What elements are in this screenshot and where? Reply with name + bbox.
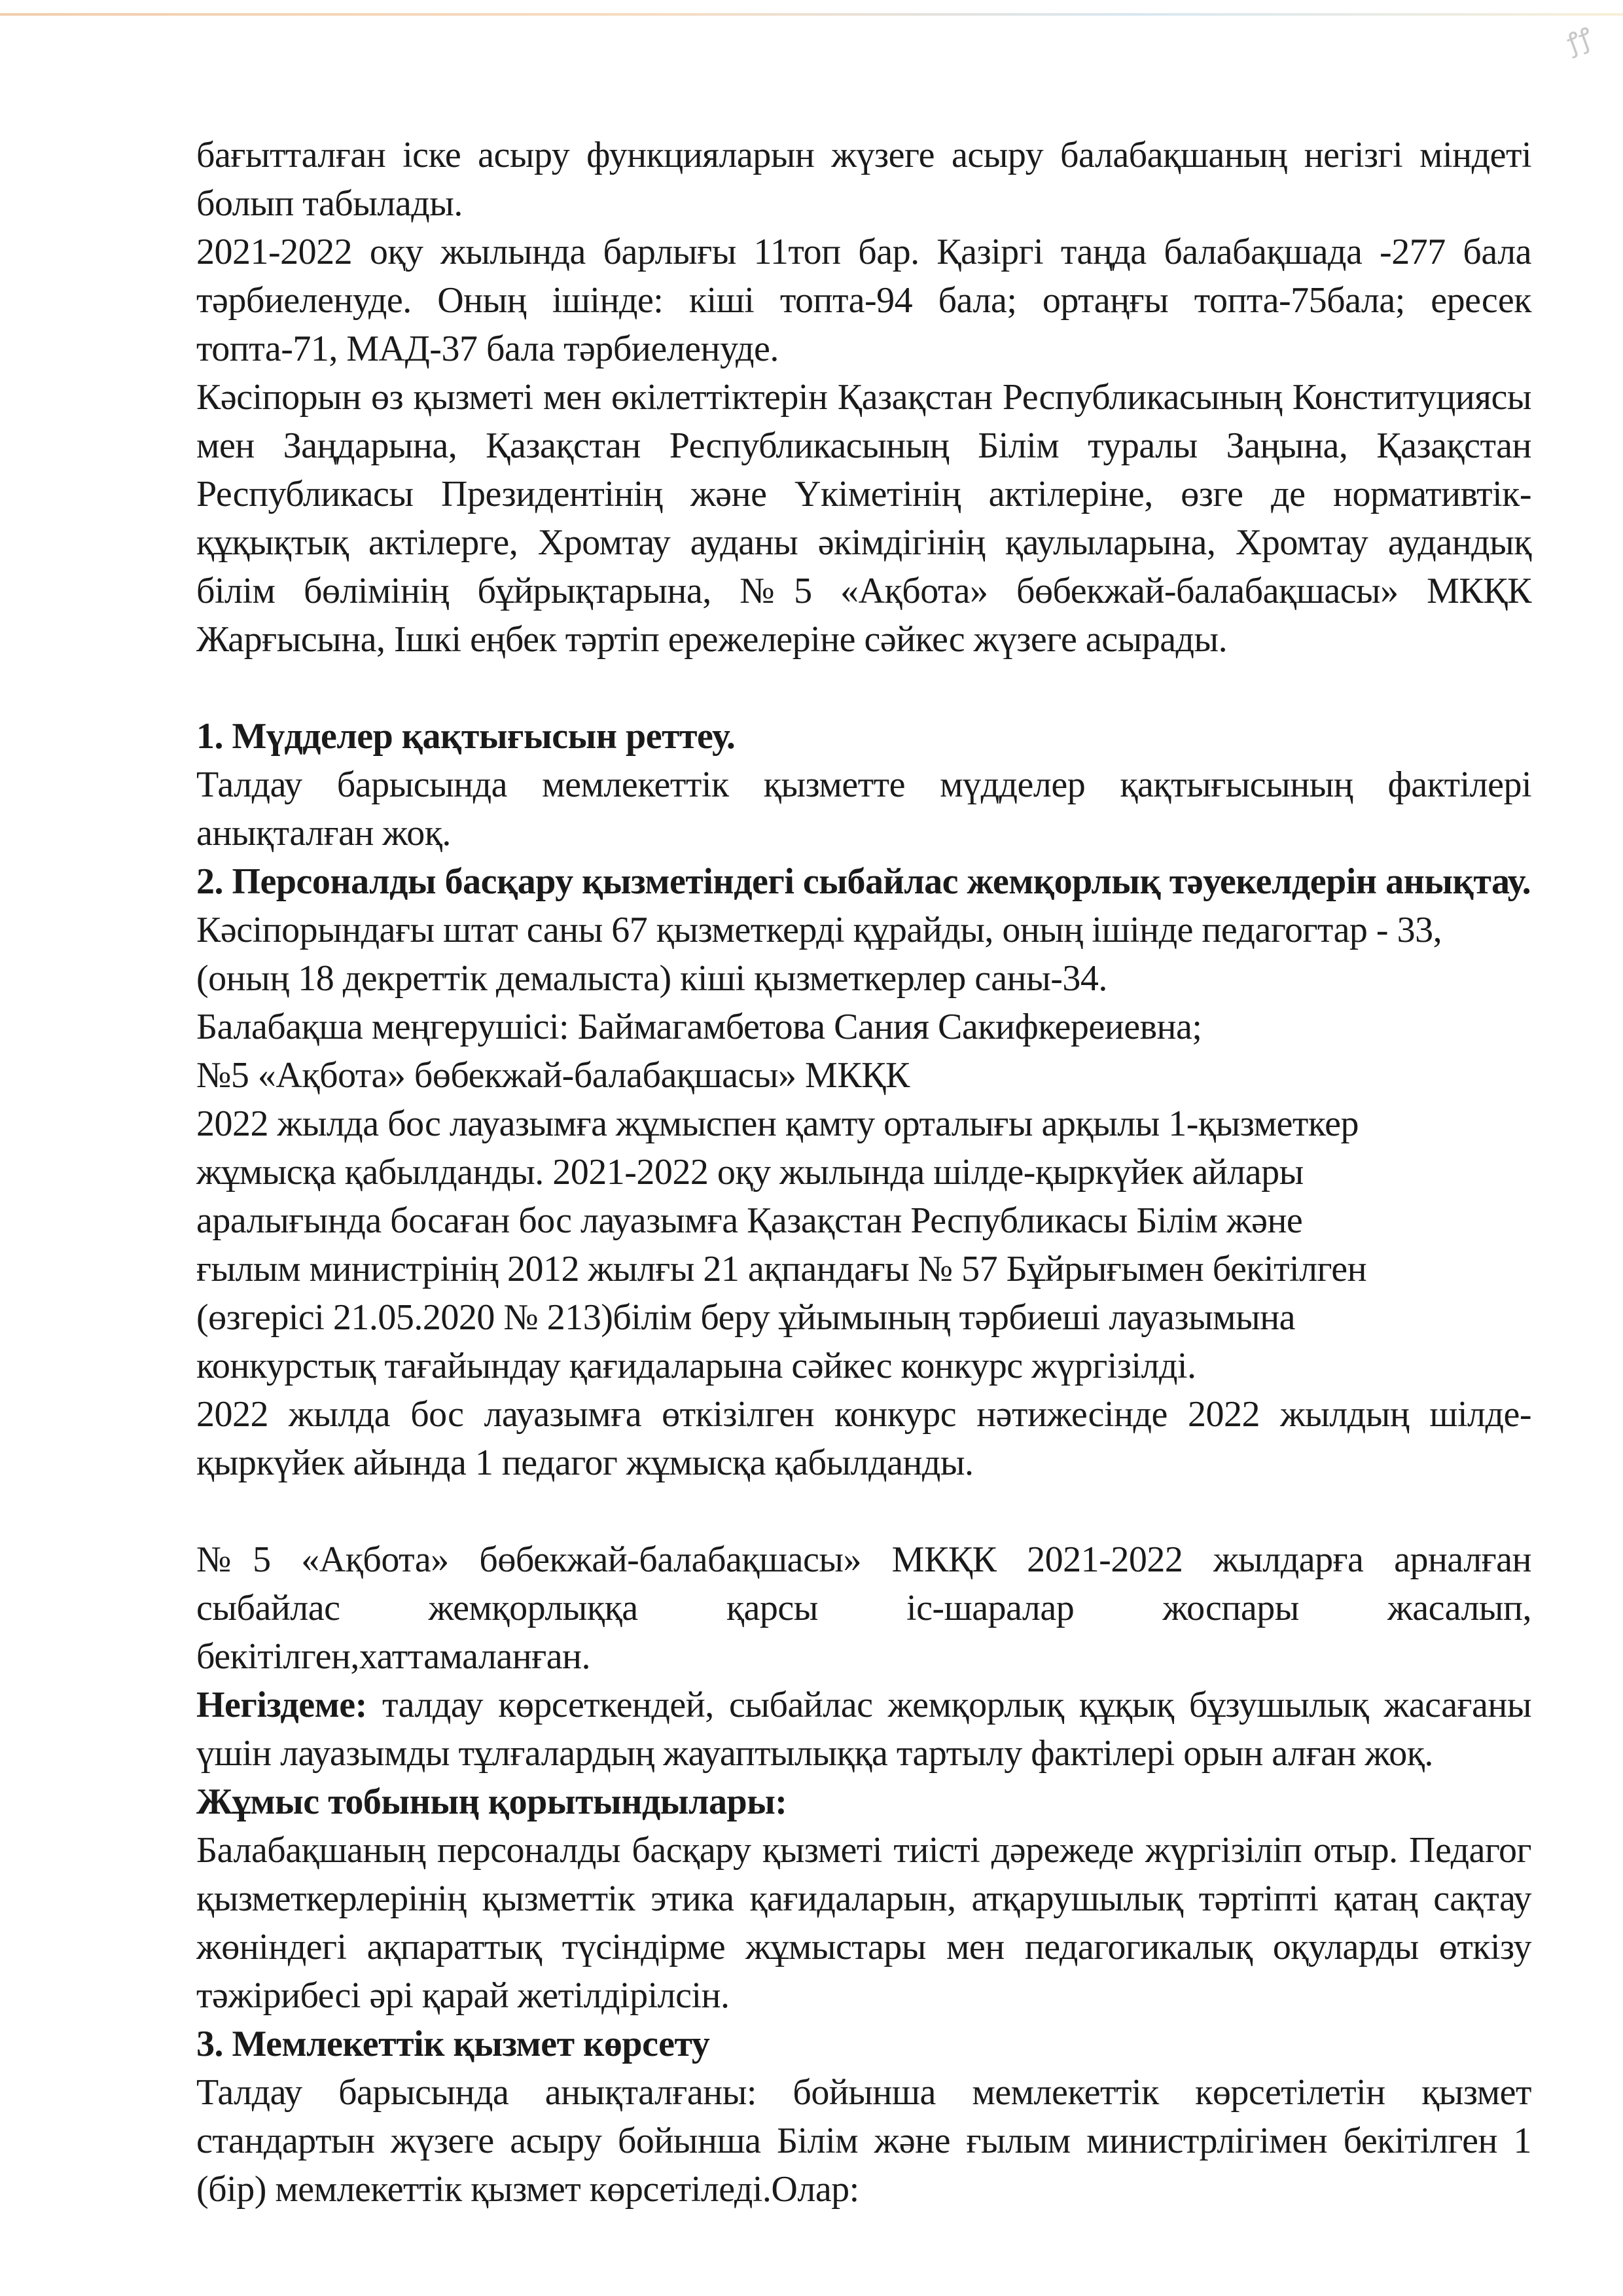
scan-edge-artifact: [0, 13, 1623, 16]
hiring-line: ғылым министрінің 2012 жылғы 21 ақпандағ…: [196, 1245, 1531, 1293]
intro-paragraph-3: Кәсіпорын өз қызметі мен өкілеттіктерін …: [196, 373, 1531, 664]
hiring-line: конкурстық тағайындау қағидаларына сәйке…: [196, 1342, 1531, 1390]
spacer: [196, 1487, 1531, 1535]
section-2-hiring-block: 2022 жылда бос лауазымға жұмыспен қамту …: [196, 1100, 1531, 1390]
intro-paragraph-2: 2021-2022 оқу жылында барлығы 11топ бар.…: [196, 228, 1531, 373]
section-2-head-line: Балабақша меңгерушісі: Баймагамбетова Са…: [196, 1003, 1531, 1051]
hiring-line: 2022 жылда бос лауазымға жұмыспен қамту …: [196, 1100, 1531, 1148]
basis-text: талдау көрсеткендей, сыбайлас жемқорлық …: [196, 1685, 1531, 1774]
conclusions-text: Балабақшаның персоналды басқару қызметі …: [196, 1826, 1531, 2020]
spacer: [196, 664, 1531, 712]
section-3-heading: 3. Мемлекеттік қызмет көрсету: [196, 2020, 1531, 2068]
section-2-basis: Негіздеме: талдау көрсеткендей, сыбайлас…: [196, 1681, 1531, 1778]
section-2-heading: 2. Персоналды басқару қызметіндегі сыбай…: [196, 857, 1531, 906]
document-page: бағытталған іске асыру функцияларын жүзе…: [196, 131, 1531, 2214]
section-2-staff: Кәсіпорындағы штат саны 67 қызметкерді қ…: [196, 906, 1531, 1003]
conclusions-heading: Жұмыс тобының қорытындылары:: [196, 1778, 1531, 1826]
section-1-heading: 1. Мүдделер қақтығысын реттеу.: [196, 712, 1531, 761]
section-2-contest-result: 2022 жылда бос лауазымға өткізілген конк…: [196, 1390, 1531, 1487]
basis-label: Негіздеме:: [196, 1685, 367, 1725]
intro-paragraph-1: бағытталған іске асыру функцияларын жүзе…: [196, 131, 1531, 228]
section-2-plan: №5 «Ақбота» бөбекжай-балабақшасы» МКҚК 2…: [196, 1535, 1531, 1681]
hiring-line: (өзгерісі 21.05.2020 № 213)білім беру ұй…: [196, 1293, 1531, 1342]
section-2-org-line: №5 «Ақбота» бөбекжай-балабақшасы» МКҚК: [196, 1051, 1531, 1100]
hiring-line: аралығында босаған бос лауазымға Қазақст…: [196, 1196, 1531, 1245]
hiring-line: жұмысқа қабылданды. 2021-2022 оқу жылынд…: [196, 1148, 1531, 1196]
corner-pencil-mark: ꝭꝭ: [1561, 18, 1597, 60]
section-3-text: Талдау барысында анықталғаны: бойынша ме…: [196, 2068, 1531, 2214]
section-1-text: Талдау барысында мемлекеттік қызметте мү…: [196, 761, 1531, 857]
